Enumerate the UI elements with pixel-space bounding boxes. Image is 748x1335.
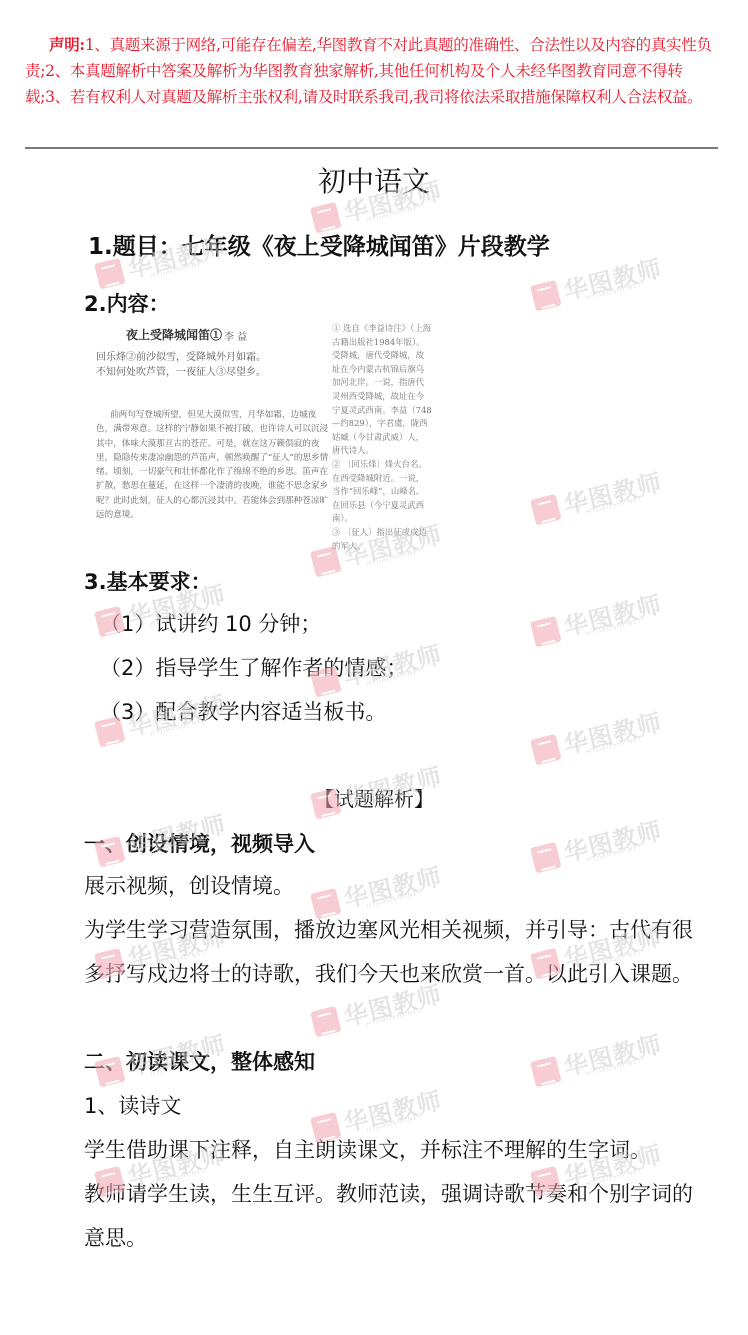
disclaimer-label: 声明: (49, 35, 85, 54)
watermark-logo-icon (94, 258, 126, 290)
poem-title: 夜上受降城闻笛① (126, 326, 222, 343)
footnote: ③ 〔征人〕指出征或戍边的军人。 (332, 526, 432, 553)
requirement-item: （3）配合教学内容适当板书。 (100, 696, 386, 726)
poem-appreciation: 前两句写登城所望，但见大漠似雪，月华如霜，边城夜色，满带寒意。这样的宁静如果不被… (96, 408, 331, 522)
requirements-heading: 3.基本要求： (84, 566, 212, 596)
watermark-text: 华图教师 (560, 1024, 665, 1082)
subject-title: 初中语文 (0, 160, 748, 200)
watermark-logo-icon (310, 1006, 342, 1038)
textbook-excerpt-image: 夜上受降城闻笛① 李 益 回乐烽②前沙似雪，受降城外月如霜。 不知何处吹芦管，一… (88, 318, 486, 548)
watermark-subtext: HTJIAOSHI.NET (586, 617, 643, 638)
watermark-text: 华图教师 (560, 248, 665, 306)
watermark-text: 华图教师 (560, 810, 665, 868)
requirement-item: （2）指导学生了解作者的情感； (100, 652, 407, 682)
section-heading: 一、创设情境，视频导入 (84, 828, 315, 858)
watermark-subtext: HTJIAOSHI.NET (150, 259, 207, 280)
watermark-logo-icon (530, 280, 562, 312)
watermark-subtext: HTJIAOSHI.NET (366, 1007, 423, 1028)
watermark-subtext: HTJIAOSHI.NET (586, 1057, 643, 1078)
footnote: ② 〔回乐烽〕烽火台名。在西受降城附近。一说，当作“回乐峰”，山峰名。在回乐县（… (332, 458, 432, 526)
section-heading: 二、初读课文，整体感知 (84, 1046, 315, 1076)
subsection-heading: 1、读诗文 (84, 1084, 712, 1128)
watermark-text: 华图教师 (560, 584, 665, 642)
disclaimer: 声明:1、真题来源于网络,可能存在偏差,华图教育不对此真题的准确性、合法性以及内… (25, 32, 717, 110)
watermark-subtext: HTJIAOSHI.NET (586, 735, 643, 756)
watermark-subtext: HTJIAOSHI.NET (366, 203, 423, 224)
poem-author: 李 益 (224, 328, 247, 343)
paragraph: 为学生学习营造氛围，播放边塞风光相关视频，并引导：古代有很多抒写戍边将士的诗歌，… (84, 908, 712, 996)
watermark-subtext: HTJIAOSHI.NET (586, 281, 643, 302)
watermark-text: 华图教师 (560, 702, 665, 760)
content-heading: 2.内容： (84, 288, 170, 318)
watermark-subtext: HTJIAOSHI.NET (586, 495, 643, 516)
poem-line-2: 不知何处吹芦管，一夜征人③尽望乡。 (96, 365, 306, 380)
poem-footnotes: ① 选自《李益诗注》（上海古籍出版社1984年版）。受降城，唐代受降城，故址在今… (332, 322, 432, 553)
watermark-logo-icon (530, 1056, 562, 1088)
analysis-title: 【试题解析】 (0, 783, 748, 812)
watermark: 华图教师HTJIAOSHI.NET (529, 463, 666, 537)
watermark: 华图教师HTJIAOSHI.NET (529, 585, 666, 659)
watermark: 华图教师HTJIAOSHI.NET (529, 703, 666, 777)
watermark-logo-icon (530, 734, 562, 766)
disclaimer-text: 1、真题来源于网络,可能存在偏差,华图教育不对此真题的准确性、合法性以及内容的真… (25, 36, 712, 106)
header-divider (25, 147, 718, 149)
poem-text: 回乐烽②前沙似雪，受降城外月如霜。 不知何处吹芦管，一夜征人③尽望乡。 (96, 350, 306, 380)
requirement-item: （1）试讲约 10 分钟； (100, 608, 321, 638)
watermark-logo-icon (530, 494, 562, 526)
paragraph: 教师请学生读，生生互评。教师范读，强调诗歌节奏和个别字词的意思。 (84, 1172, 712, 1260)
watermark-subtext: HTJIAOSHI.NET (586, 843, 643, 864)
paragraph: 学生借助课下注释，自主朗读课文，并标注不理解的生字词。 (84, 1128, 712, 1172)
topic-heading: 1.题目：七年级《夜上受降城闻笛》片段教学 (88, 228, 550, 261)
watermark-logo-icon (530, 616, 562, 648)
footnote: ① 选自《李益诗注》（上海古籍出版社1984年版）。受降城，唐代受降城，故址在今… (332, 322, 432, 458)
paragraph: 展示视频，创设情境。 (84, 864, 712, 908)
poem-line-1: 回乐烽②前沙似雪，受降城外月如霜。 (96, 350, 306, 365)
watermark-text: 华图教师 (560, 462, 665, 520)
